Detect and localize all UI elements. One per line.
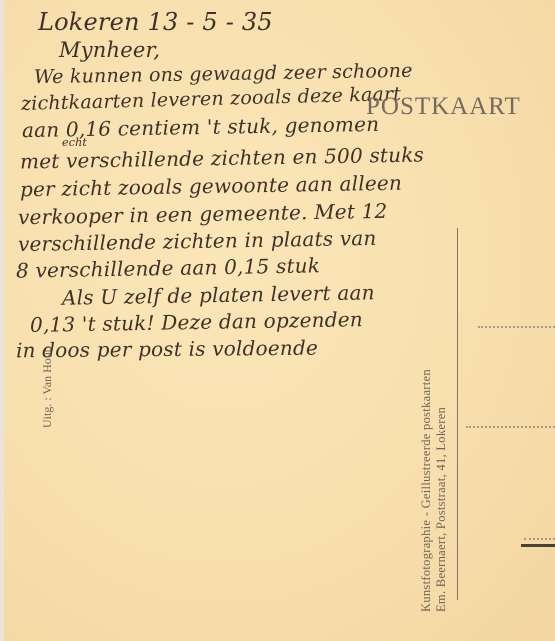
place-date: Lokeren 13 - 5 - 35	[38, 8, 273, 36]
publisher-left-vertical: Uitg. : Van Hout	[40, 349, 55, 428]
address-divider	[457, 228, 458, 600]
address-line-3	[524, 538, 555, 540]
publisher-line-1: Kunstfotographie - Geillustreerde postka…	[419, 369, 434, 612]
handwriting-line-8: 8 verschillende aan 0,15 stuk	[16, 253, 320, 282]
handwriting-line-7: verschillende zichten in plaats van	[18, 226, 377, 256]
handwriting-line-11: in doos per post is voldoende	[16, 336, 318, 363]
handwriting-line-2: zichtkaarten leveren zooals deze kaart	[21, 83, 402, 115]
handwriting-line-6: verkooper in een gemeente. Met 12	[18, 199, 388, 229]
underline-mark	[521, 544, 555, 547]
insertion-echt: echt	[62, 136, 87, 149]
postkaart-header: POSTKAART	[366, 93, 521, 121]
handwriting-line-10: 0,13 't stuk! Deze dan opzenden	[30, 307, 363, 337]
salutation: Mynheer,	[59, 38, 160, 62]
handwriting-line-5: per zicht zooals gewoonte aan alleen	[20, 171, 402, 202]
publisher-line-2: Em. Beernaert, Poststraat, 41, Lokeren	[434, 407, 449, 612]
address-line-1	[478, 326, 555, 328]
handwriting-line-9: Als U zelf de platen levert aan	[62, 280, 375, 309]
postcard-back: Lokeren 13 - 5 - 35 Mynheer, We kunnen o…	[0, 0, 555, 641]
address-line-2	[466, 426, 555, 428]
